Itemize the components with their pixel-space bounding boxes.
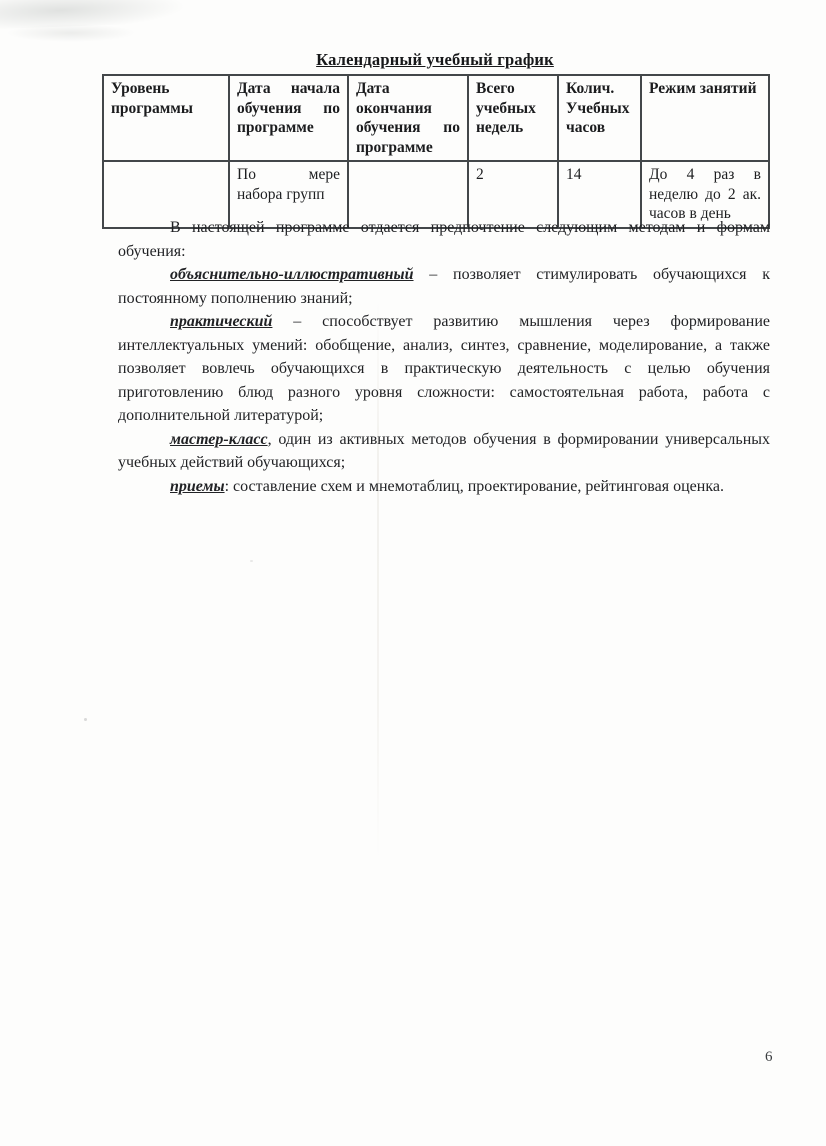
header-cell-start-date: Дата начала обучения по программе — [229, 75, 348, 161]
scan-smudge — [6, 24, 136, 42]
method-term: практический — [170, 313, 272, 330]
table-header-row: Уровень программы Дата начала обучения п… — [103, 75, 769, 161]
document-page: Календарный учебный график Уровень прогр… — [0, 0, 826, 1146]
paragraph-text: В настоящей программе отдается предпочте… — [118, 219, 770, 260]
body-text: В настоящей программе отдается предпочте… — [118, 216, 770, 498]
header-cell-end-date: Дата окончания обучения по программе — [348, 75, 468, 161]
schedule-table: Уровень программы Дата начала обучения п… — [102, 74, 770, 229]
separator: : — [225, 478, 233, 495]
paragraph-method-practical: практический – способствует развитию мыш… — [118, 310, 770, 428]
paragraph-text: составление схем и мнемотаблиц, проектир… — [233, 478, 724, 495]
scan-speck — [84, 718, 87, 721]
paragraph-method-techniques: приемы: составление схем и мнемотаблиц, … — [118, 475, 770, 499]
page-number: 6 — [765, 1049, 773, 1066]
method-term: объяснительно-иллюстративный — [170, 266, 414, 283]
paragraph-intro: В настоящей программе отдается предпочте… — [118, 216, 770, 263]
paragraph-method-masterclass: мастер-класс, один из активных методов о… — [118, 428, 770, 475]
schedule-section: Календарный учебный график Уровень прогр… — [102, 50, 768, 229]
scan-smudge — [0, 0, 187, 30]
paragraph-method-explanatory: объяснительно-иллюстративный – позволяет… — [118, 263, 770, 310]
header-cell-schedule-mode: Режим занятий — [641, 75, 769, 161]
method-term: приемы — [170, 478, 225, 495]
header-cell-total-weeks: Всего учебных недель — [468, 75, 558, 161]
header-cell-total-hours: Колич. Учебных часов — [558, 75, 641, 161]
separator: – — [414, 266, 453, 283]
separator: – — [272, 313, 322, 330]
method-term: мастер-класс — [170, 431, 268, 448]
header-cell-program-level: Уровень программы — [103, 75, 229, 161]
separator: , — [268, 431, 279, 448]
scan-speck — [250, 560, 253, 562]
document-title: Календарный учебный график — [102, 50, 768, 70]
